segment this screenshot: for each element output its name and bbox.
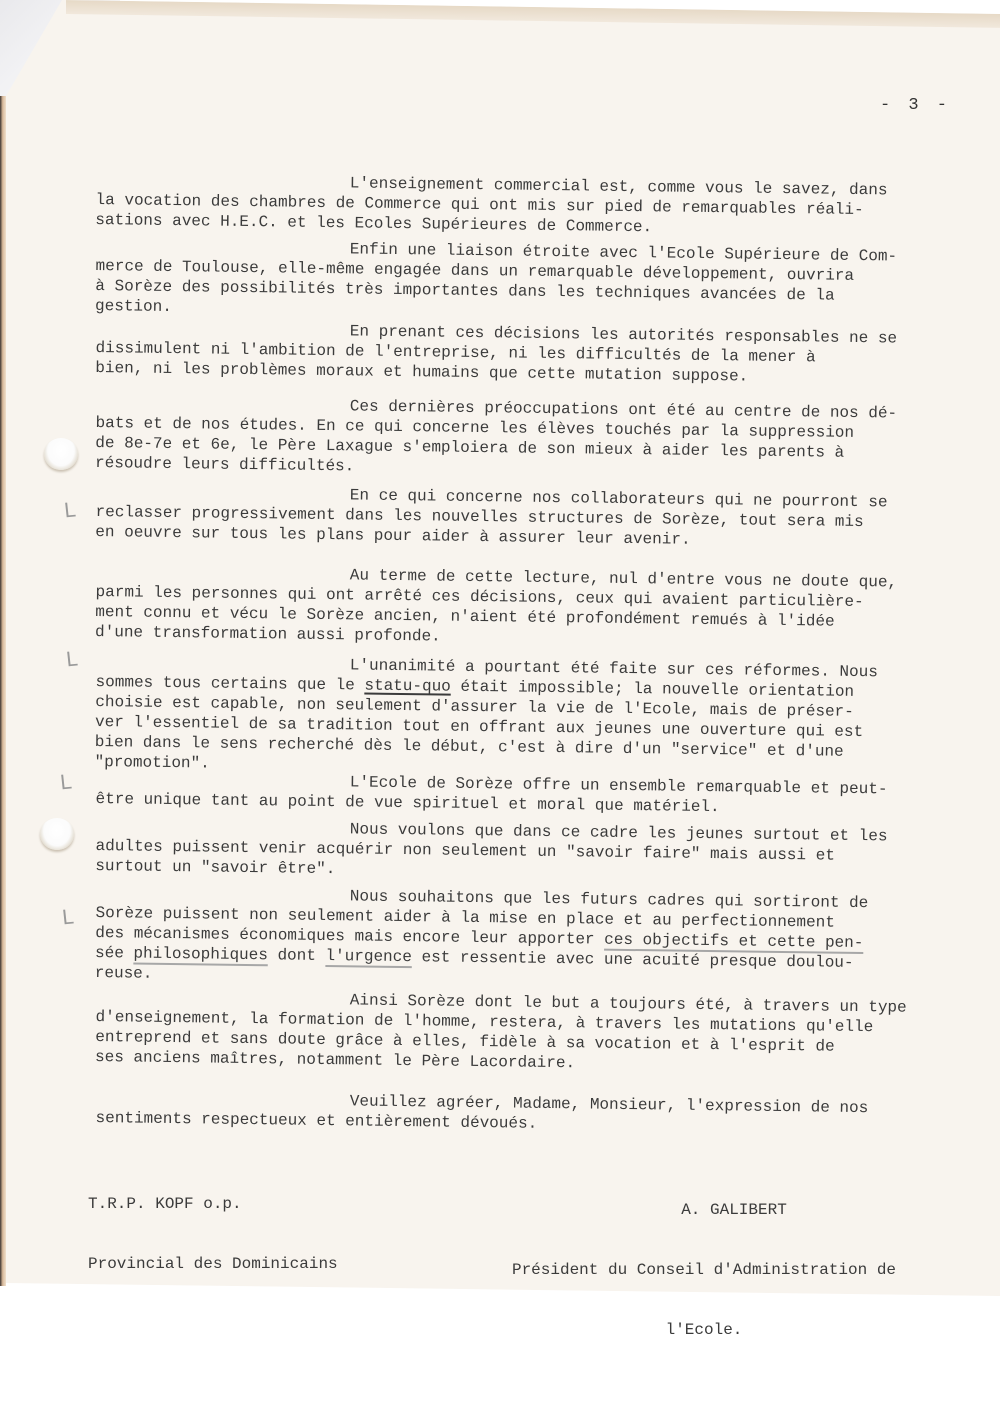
paragraph: Ainsi Sorèze dont le but a toujours été,… <box>95 987 907 1078</box>
pencil-underline: l'urgence <box>325 947 412 966</box>
pencil-underline: ces objectifs et cette pen- <box>604 931 863 952</box>
signatory-title: Président du Conseil d'Administration de <box>484 1260 924 1280</box>
signatory-name: T.R.P. KOPF o.p. <box>88 1194 338 1214</box>
punch-hole-top <box>44 438 78 470</box>
paragraph: L'enseignement commercial est, comme vou… <box>95 170 887 240</box>
paragraph: Enfin une liaison étroite avec l'Ecole S… <box>95 236 897 326</box>
margin-mark: L <box>63 497 77 522</box>
paragraph: En ce qui concerne nos collaborateurs qu… <box>95 482 887 552</box>
underlined-term: statu-quo <box>364 677 451 696</box>
signatory-title: Provincial des Dominicains <box>88 1254 338 1274</box>
punch-hole-bottom <box>40 818 74 850</box>
paragraph: Nous voulons que dans ce cadre les jeune… <box>95 816 887 886</box>
paragraph: Nous souhaitons que les futurs cadres qu… <box>95 883 869 993</box>
page-top-edge <box>66 0 1000 28</box>
page-left-edge <box>0 96 6 1286</box>
page-number: - 3 - <box>880 96 951 115</box>
pencil-underline: philosophiques <box>133 944 268 964</box>
signatory-name: A. GALIBERT <box>484 1200 924 1220</box>
margin-mark: L <box>65 646 79 671</box>
paragraph: En prenant ces décisions les autorités r… <box>95 318 897 388</box>
margin-mark: L <box>59 769 73 794</box>
signature-right: A. GALIBERT Président du Conseil d'Admin… <box>484 1160 924 1360</box>
signatory-title-cont: l'Ecole. <box>484 1320 924 1340</box>
paragraph: Ces dernières préoccupations ont été au … <box>95 393 897 483</box>
signature-left: T.R.P. KOPF o.p. Provincial des Dominica… <box>88 1154 338 1294</box>
paragraph: L'unanimité a pourtant été faite sur ces… <box>94 652 878 782</box>
margin-mark: L <box>61 904 75 929</box>
paragraph: Au terme de cette lecture, nul d'entre v… <box>95 562 897 652</box>
